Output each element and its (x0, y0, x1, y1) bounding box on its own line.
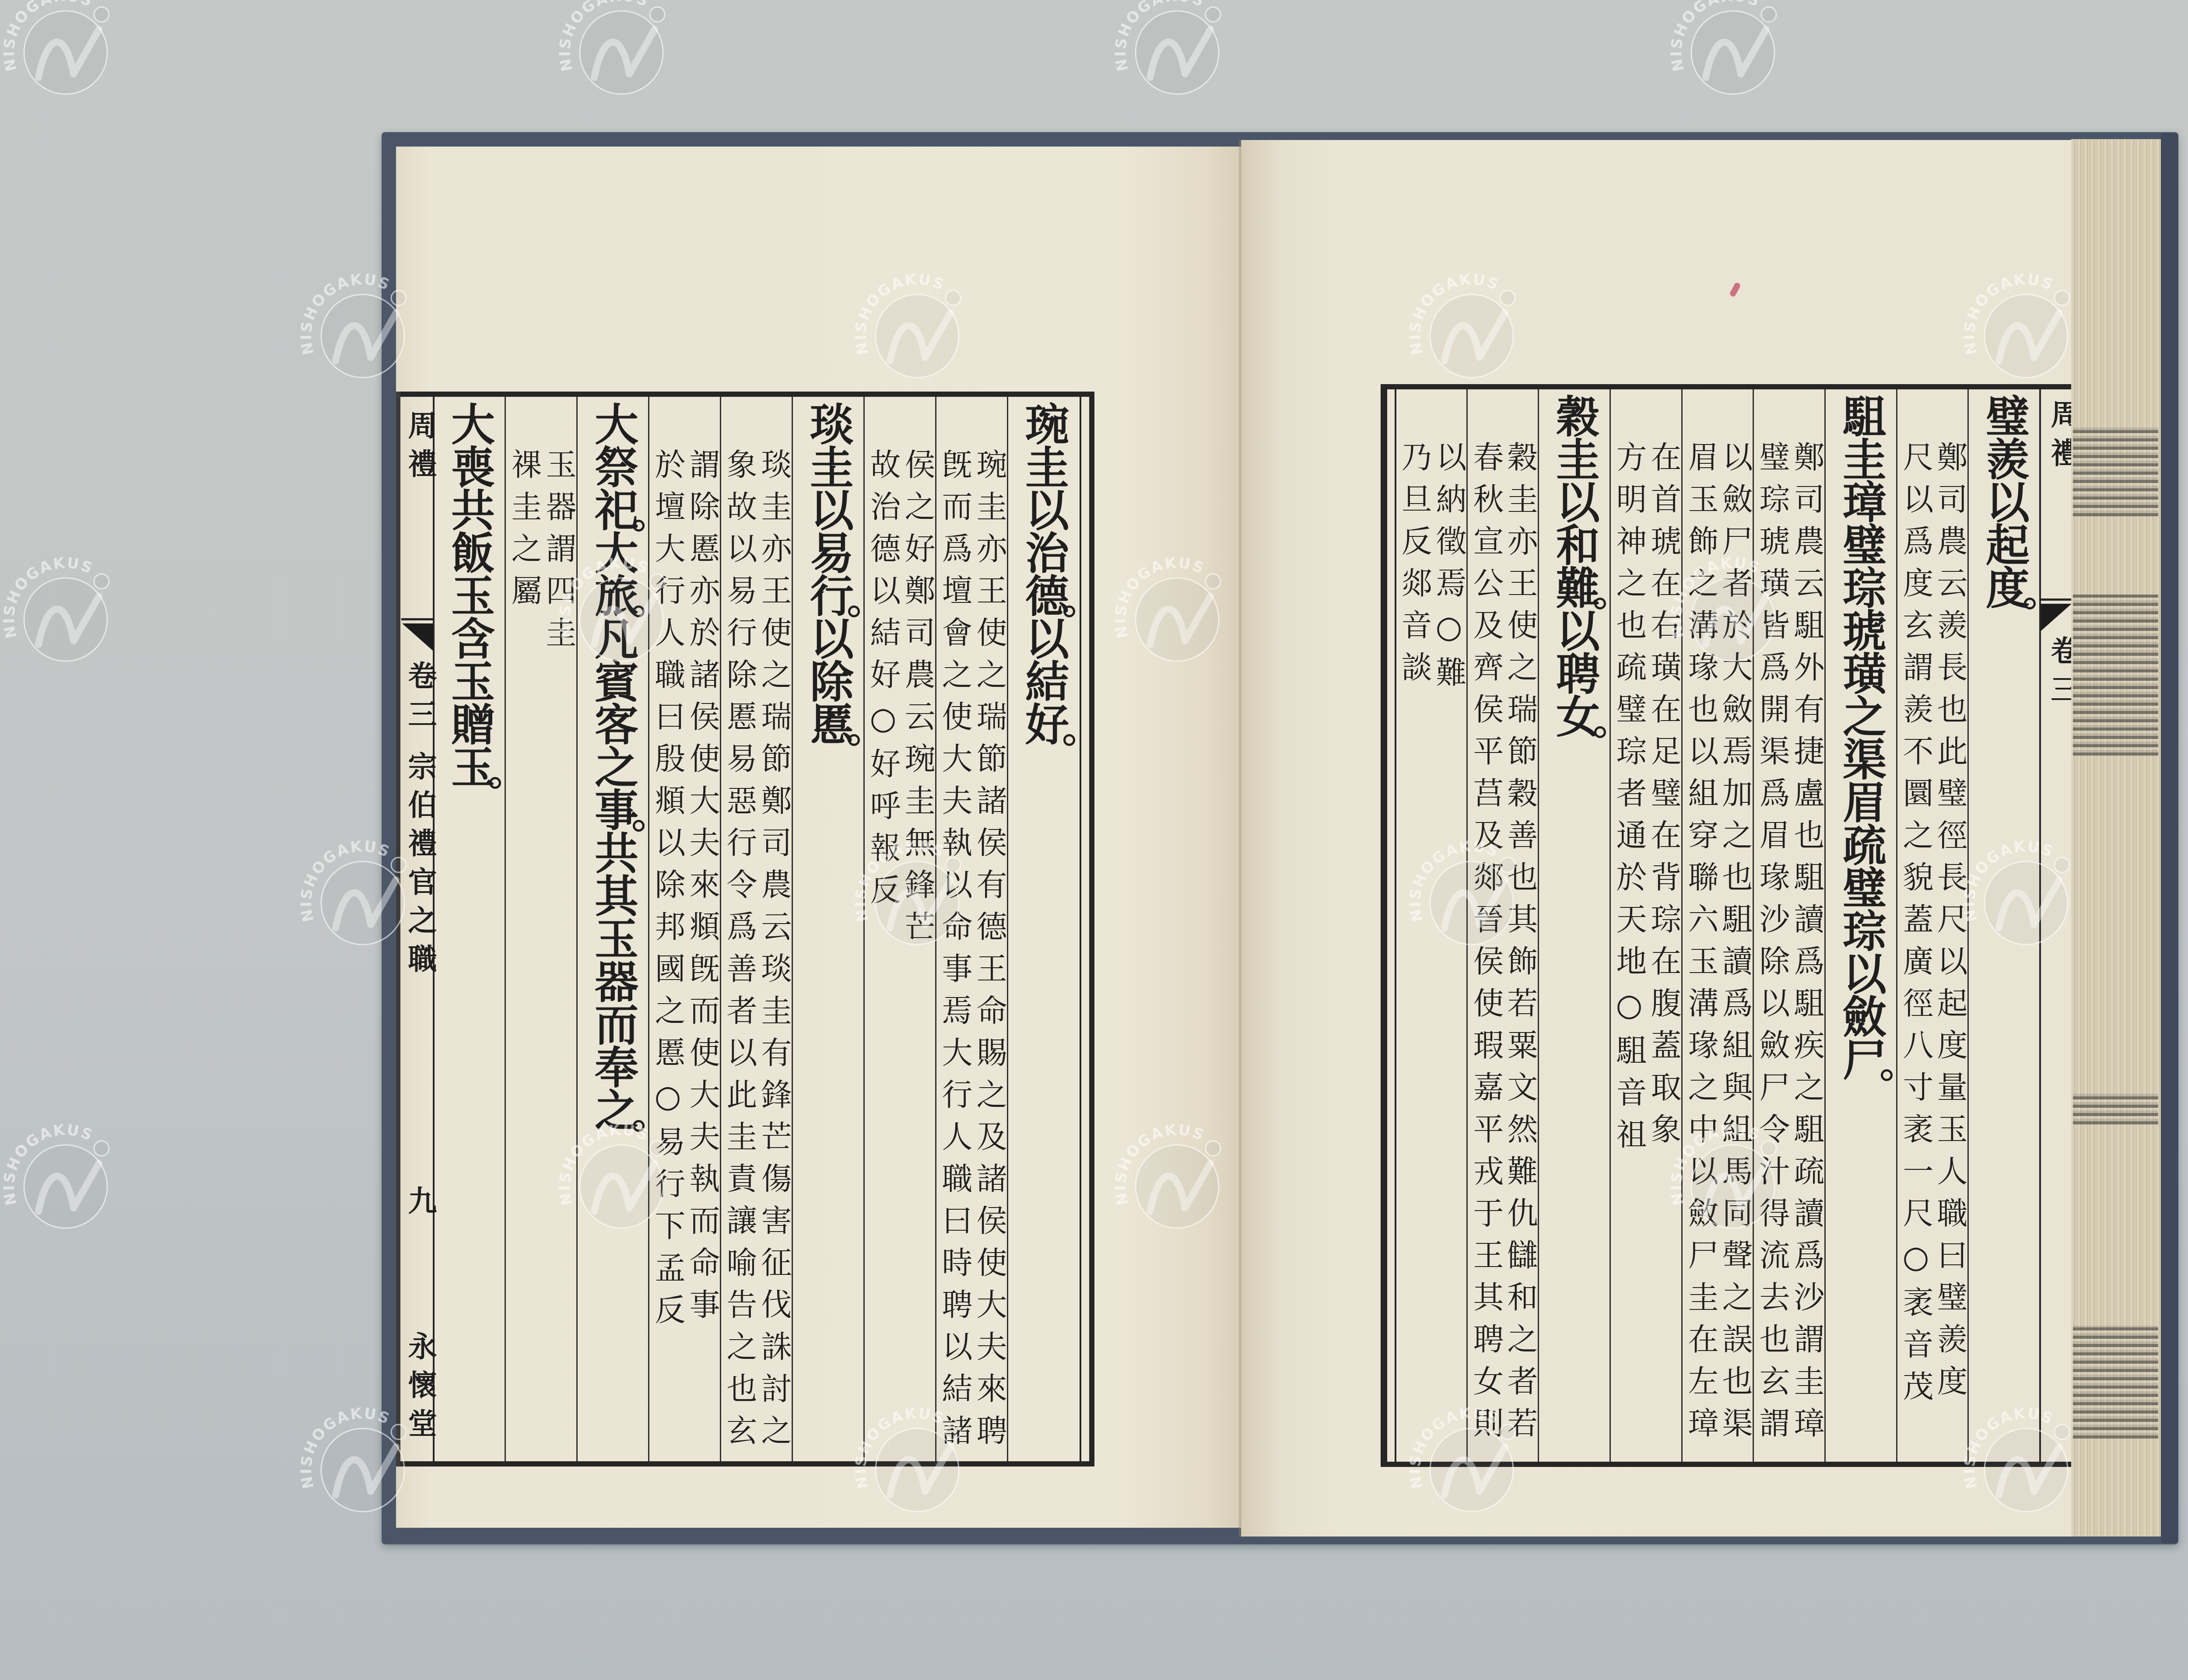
fishtail-icon (402, 623, 433, 651)
watermark-text: NISHOGAKUSHA (297, 831, 393, 924)
banxin-publisher: 永懷堂 (404, 1331, 435, 1447)
commentary-line: 於壇大行人職曰殷頫以除邦國之慝○易行下孟反 (652, 448, 683, 1336)
right-page-text-frame: 周禮 卷三 璧羨以起度。 鄭司農云羨長也此璧徑長尺以起度量玉人職曰璧羨度 尺以爲… (1381, 384, 2071, 1467)
commentary-line: 以斂尸者於大斂焉加之也駔讀爲組與組馬同聲之誤也渠 (1720, 441, 1750, 1449)
fore-edge-smear (2073, 427, 2158, 516)
commentary-line: 鄭司農云駔外有捷盧也駔讀爲駔疾之駔疏讀爲沙謂圭璋 (1792, 441, 1822, 1449)
commentary-line: 方明神之也疏璧琮者通於天地○駔音祖 (1614, 441, 1645, 1160)
fore-edge-smear (2073, 1326, 2158, 1438)
commentary-line: 象故以易行除慝易惡行令爲善者以此圭責讓喻告之也玄 (724, 448, 755, 1456)
commentary-line: 琬圭亦王使之瑞節諸侯有德王命賜之及諸侯使大夫來聘 (974, 448, 1005, 1456)
frame-outer-border (1381, 384, 1387, 1467)
fishtail-rule (401, 618, 433, 620)
main-text-column: 穀圭以和難。以聘女。 (1553, 394, 1596, 737)
svg-text:NISHOGAKUSHA: NISHOGAKUSHA (297, 264, 393, 357)
watermark-logo: NISHOGAKUSHA (0, 0, 131, 112)
commentary-line: 乃旦反郯音談 (1399, 441, 1430, 693)
commentary-line: 侯之好鄭司農云琬圭無鋒芒 (902, 448, 933, 952)
watermark-logo: NISHOGAKUSHA (0, 547, 131, 679)
frame-top-border (396, 392, 1094, 397)
svg-text:NISHOGAKUSHA: NISHOGAKUSHA (297, 831, 393, 924)
banxin-section: 宗伯禮官之職 (404, 751, 435, 982)
commentary-line: 祼圭之屬 (509, 448, 540, 616)
column-rule (648, 397, 649, 1461)
commentary-line: 旣而爲壇會之使大夫執以命事焉大行人職曰時聘以結諸 (940, 448, 970, 1456)
frame-bottom-border (396, 1461, 1094, 1466)
watermark-text: NISHOGAKUSHA (0, 1114, 96, 1207)
svg-text:NISHOGAKUSHA: NISHOGAKUSHA (0, 1114, 96, 1207)
frame-inner-rule (1080, 397, 1081, 1461)
frame-outer-border (1089, 392, 1094, 1466)
commentary-line: 以納徵焉○難 (1434, 441, 1464, 698)
watermark-text: NISHOGAKUSHA (297, 264, 393, 357)
watermark-logo: NISHOGAKUSHA (1112, 0, 1243, 112)
svg-text:NISHOGAKUSHA: NISHOGAKUSHA (0, 547, 96, 640)
commentary-line: 琰圭亦王使之瑞節鄭司農云琰圭有鋒芒傷害征伐誅討之 (759, 448, 789, 1456)
commentary-line: 在首琥在右璜在足璧在背琮在腹蓋取象 (1648, 441, 1679, 1155)
main-text-column: 琰圭以易行。以除慝。 (806, 402, 850, 745)
watermark-text: NISHOGAKUSHA (1667, 0, 1763, 73)
banxin-title: 周禮 (404, 410, 435, 487)
column-rule (505, 397, 506, 1461)
svg-text:NISHOGAKUSHA: NISHOGAKUSHA (297, 1398, 393, 1491)
column-rule (1609, 389, 1611, 1462)
watermark-text: NISHOGAKUSHA (297, 1398, 393, 1491)
banxin-juan: 卷三 (404, 661, 435, 738)
fore-edge-smear (2073, 1093, 2158, 1124)
commentary-line: 穀圭亦王使之瑞節穀善也其飾若粟文然難仇讎和之者若 (1505, 441, 1536, 1449)
watermark-text: NISHOGAKUSHA (1112, 0, 1207, 73)
banxin-page-number: 九 (404, 1186, 435, 1224)
column-rule (863, 397, 865, 1461)
svg-text:NISHOGAKUSHA: NISHOGAKUSHA (1112, 0, 1207, 73)
column-rule (1896, 389, 1897, 1462)
main-text-column: 大喪共飯玉含玉贈玉。 (448, 402, 491, 787)
watermark-logo: NISHOGAKUSHA (0, 1114, 131, 1246)
commentary-line: 璧琮琥璜皆爲開渠爲眉瑑沙除以斂尸令汁得流去也玄謂 (1757, 441, 1788, 1449)
fishtail-rule (2041, 598, 2072, 601)
watermark-text: NISHOGAKUSHA (0, 547, 96, 640)
frame-top-border (1381, 384, 2071, 389)
commentary-line: 鄭司農云羨長也此璧徑長尺以起度量玉人職曰璧羨度 (1935, 441, 1965, 1407)
watermark-text: NISHOGAKUSHA (0, 0, 96, 73)
main-text-column: 璧羨以起度。 (1982, 394, 2026, 608)
page-stack-fore-edge (2071, 139, 2162, 1536)
commentary-line: 玉器謂四圭 (543, 448, 574, 658)
book-cover-edge (2161, 133, 2178, 1543)
left-page-text-frame: 周禮 卷三 宗伯禮官之職 九 永懷堂 琬圭以治德。以結好。 琬圭亦王使之瑞節諸侯… (396, 392, 1094, 1466)
commentary-line: 故治德以結好○好呼報反 (868, 448, 898, 916)
banxin-rule (2039, 389, 2041, 1462)
frame-bottom-border (1381, 1462, 2074, 1467)
main-text-column: 大祭祀。大旅。凡賓客之事。共其玉器而奉之。 (591, 402, 635, 1130)
fore-edge-smear (2073, 595, 2158, 756)
commentary-line: 春秋宣公及齊侯平莒及郯晉侯使瑕嘉平戎于王其聘女則 (1471, 441, 1501, 1449)
fishtail-icon (2041, 604, 2072, 631)
commentary-line: 謂除慝亦於諸侯使大夫來頫旣而使大夫執而命事 (687, 448, 718, 1330)
watermark-logo: NISHOGAKUSHA (556, 0, 687, 112)
watermark-text: NISHOGAKUSHA (556, 0, 652, 73)
gutter-fold (1239, 140, 1241, 1536)
commentary-line: 尺以爲度玄謂羨不圜之貌蓋廣徑八寸袤一尺○袤音茂 (1900, 441, 1931, 1412)
main-text-column: 琬圭以治德。以結好。 (1022, 402, 1066, 745)
main-text-column: 駔圭璋璧琮琥璜之渠眉疏璧琮以斂尸。 (1839, 394, 1883, 1080)
svg-text:NISHOGAKUSHA: NISHOGAKUSHA (0, 0, 96, 73)
banxin-edge (396, 392, 400, 1466)
watermark-logo: NISHOGAKUSHA (1667, 0, 1799, 112)
svg-text:NISHOGAKUSHA: NISHOGAKUSHA (556, 0, 652, 73)
svg-text:NISHOGAKUSHA: NISHOGAKUSHA (1667, 0, 1763, 73)
commentary-line: 眉玉飾之溝瑑也以組穿聯六玉溝瑑之中以斂尸圭在左璋 (1686, 441, 1716, 1449)
